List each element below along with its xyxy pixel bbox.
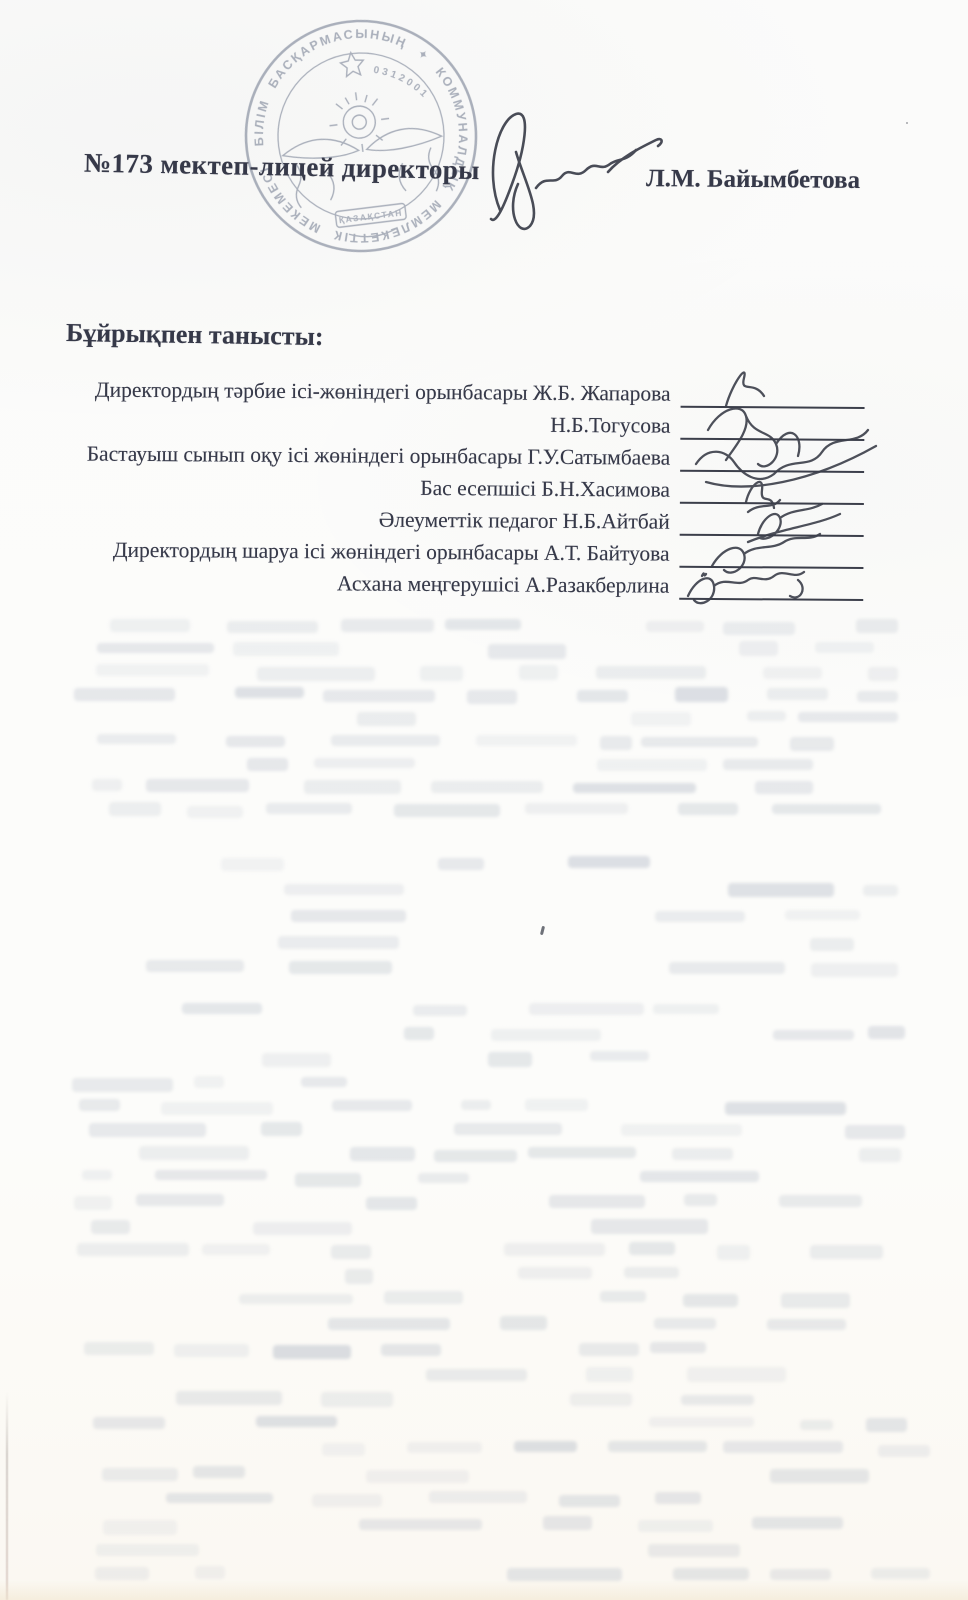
ghost-text-line — [239, 1294, 353, 1304]
ghost-text-line — [773, 1030, 854, 1040]
ghost-text-line — [89, 1123, 206, 1137]
ghost-text-line — [357, 712, 416, 726]
ghost-text-line — [467, 690, 517, 704]
signature-line — [680, 474, 864, 505]
ghost-text-line — [314, 758, 415, 768]
ghost-text-line — [350, 1147, 415, 1161]
ghost-text-line — [675, 687, 728, 702]
bleed-through-text-area — [0, 0, 968, 1600]
ghost-text-line — [312, 1494, 382, 1507]
ghost-text-line — [332, 1100, 412, 1111]
ghost-text-line — [755, 781, 813, 794]
ghost-text-line — [434, 1150, 517, 1162]
ghost-text-line — [648, 1544, 740, 1557]
ghost-text-line — [426, 1369, 527, 1381]
ghost-text-line — [811, 963, 898, 977]
ghost-text-line — [284, 884, 404, 895]
ghost-text-line — [194, 1076, 224, 1088]
director-name: Л.М. Байымбетова — [646, 165, 860, 195]
ghost-text-line — [221, 858, 284, 871]
ghost-text-line — [570, 1393, 632, 1406]
ghost-text-line — [266, 803, 352, 814]
ghost-text-line — [253, 1222, 352, 1235]
ghost-text-line — [322, 1443, 365, 1456]
ghost-text-line — [529, 1003, 644, 1015]
ghost-text-line — [289, 961, 392, 974]
ghost-text-line — [723, 622, 795, 635]
coat-of-arms-emblem: ҚАЗАҚСТАН — [271, 43, 452, 246]
ghost-text-line — [331, 735, 440, 746]
ghost-text-line — [586, 1367, 633, 1382]
ghost-text-line — [859, 1148, 901, 1162]
ghost-text-line — [256, 1416, 337, 1427]
ghost-text-line — [359, 1519, 482, 1530]
ghost-text-line — [262, 1053, 331, 1067]
ghost-text-line — [868, 667, 898, 681]
ghost-text-line — [857, 691, 898, 702]
ghost-text-line — [785, 910, 860, 920]
ghost-text-line — [815, 642, 874, 653]
ghost-text-line — [770, 1469, 869, 1483]
ghost-text-line — [559, 1495, 620, 1507]
ghost-text-line — [856, 619, 898, 633]
staff-role-and-name: Бастауыш сынып оқу ісі жөніндегі орынбас… — [87, 443, 671, 472]
ghost-text-line — [233, 642, 339, 656]
ghost-text-line — [103, 1520, 177, 1535]
ghost-text-line — [202, 1244, 270, 1255]
document-signer-title: №173 мектеп-лицей директоры — [84, 148, 545, 188]
ghost-text-line — [96, 1544, 199, 1556]
ghost-text-line — [655, 911, 745, 922]
staff-role-and-name: Әлеуметтік педагог Н.Б.Айтбай — [379, 509, 670, 536]
ghost-text-line — [641, 737, 758, 747]
ghost-text-line — [549, 1195, 645, 1208]
ghost-text-line — [195, 1566, 225, 1579]
ghost-text-line — [476, 735, 577, 746]
ghost-text-line — [653, 1004, 719, 1014]
ghost-text-line — [878, 1445, 930, 1457]
ghost-text-line — [621, 1124, 742, 1136]
staff-role-and-name: Н.Б.Тогусова — [550, 414, 670, 439]
scan-bottom-tint — [0, 1580, 968, 1600]
stamp-ring-text: БІЛІМ БАСҚАРМАСЫНЫҢ ✦ КОММУНАЛДЫҚ МЕМЛЕК… — [210, 0, 482, 261]
ghost-text-line — [518, 1267, 592, 1279]
ghost-text-line — [93, 1417, 165, 1429]
ghost-text-line — [800, 1420, 833, 1430]
ghost-text-line — [687, 1367, 786, 1382]
stamp-registration-number: 0312001 — [371, 58, 432, 107]
ghost-text-line — [445, 619, 521, 630]
ghost-text-line — [413, 1005, 467, 1016]
ghost-text-line — [257, 667, 375, 681]
ghost-text-line — [717, 1245, 750, 1260]
ghost-text-line — [866, 1418, 907, 1432]
ghost-text-line — [182, 1003, 262, 1014]
ghost-text-line — [528, 1147, 636, 1158]
ghost-text-line — [136, 1194, 224, 1206]
ghost-text-line — [646, 621, 704, 632]
ghost-text-line — [174, 1344, 249, 1357]
ghost-text-line — [146, 779, 249, 792]
ghost-text-line — [72, 1078, 173, 1092]
ghost-text-line — [590, 1051, 649, 1061]
ghost-text-line — [166, 1493, 273, 1503]
ghost-text-line — [597, 759, 707, 771]
ghost-text-line — [684, 1194, 717, 1206]
signature-line — [680, 442, 864, 473]
ghost-text-line — [672, 1148, 733, 1160]
signature-line — [681, 378, 865, 409]
scan-edge-artifact — [6, 1392, 8, 1600]
ghost-text-line — [84, 1342, 154, 1355]
ghost-text-line — [187, 806, 243, 818]
ghost-text-line — [461, 1100, 491, 1110]
ghost-text-line — [261, 1122, 302, 1136]
ink-speck — [540, 926, 545, 935]
ghost-text-line — [366, 1470, 469, 1483]
ghost-text-line — [747, 711, 786, 721]
official-round-stamp: БІЛІМ БАСҚАРМАСЫНЫҢ ✦ КОММУНАЛДЫҚ МЕМЛЕК… — [210, 0, 511, 287]
scanned-document-page: БІЛІМ БАСҚАРМАСЫНЫҢ ✦ КОММУНАЛДЫҚ МЕМЛЕК… — [0, 0, 968, 1600]
signature-line — [680, 410, 864, 441]
ghost-text-line — [431, 781, 543, 793]
ghost-text-line — [767, 688, 828, 700]
ghost-text-line — [519, 665, 558, 680]
ghost-text-line — [304, 780, 401, 794]
signature-line — [679, 538, 863, 569]
ghost-text-line — [404, 1027, 434, 1040]
staff-role-and-name: Бас есепшісі Б.Н.Хасимова — [420, 477, 670, 503]
signature-line — [680, 506, 864, 537]
ink-speck — [906, 122, 908, 124]
ghost-text-line — [600, 1291, 646, 1302]
stamp-outer-ring — [233, 8, 489, 264]
ghost-text-line — [97, 643, 214, 653]
list-item: Директордың тәрбие ісі-жөніндегі орынбас… — [1, 371, 865, 409]
ghost-text-line — [301, 1077, 347, 1087]
ghost-text-line — [161, 1102, 273, 1115]
ghost-text-line — [504, 1243, 605, 1256]
ghost-text-line — [845, 1125, 905, 1139]
ghost-text-line — [438, 858, 484, 870]
ghost-text-line — [723, 1441, 843, 1453]
ghost-text-line — [868, 1026, 905, 1039]
ghost-text-line — [500, 1316, 547, 1330]
ghost-text-line — [146, 960, 244, 972]
signature-line — [679, 570, 863, 601]
ghost-text-line — [418, 1173, 469, 1183]
ghost-text-line — [640, 1171, 759, 1182]
ghost-text-line — [767, 1319, 846, 1330]
ghost-text-line — [420, 666, 463, 681]
ghost-text-line — [725, 1102, 846, 1115]
ghost-text-line — [798, 712, 898, 722]
ghost-text-line — [155, 1170, 267, 1180]
ghost-text-line — [328, 1318, 450, 1330]
ghost-text-line — [366, 1197, 417, 1210]
ghost-text-line — [650, 1342, 706, 1353]
ghost-text-line — [109, 802, 161, 816]
ghost-text-line — [863, 885, 898, 896]
acknowledgement-list: Директордың тәрбие ісі-жөніндегі орынбас… — [0, 371, 865, 601]
staff-role-and-name: Директордың тәрбие ісі-жөніндегі орынбас… — [95, 379, 671, 408]
ghost-text-line — [608, 1441, 707, 1452]
list-item: Директордың шаруа ісі жөніндегі орынбаса… — [0, 531, 864, 569]
ghost-text-line — [321, 1392, 393, 1407]
ghost-text-line — [381, 1344, 441, 1356]
ghost-text-line — [579, 1343, 639, 1356]
list-item: Асхана меңгерушісі А.Разакберлина — [0, 563, 863, 601]
ghost-text-line — [631, 712, 691, 726]
ghost-text-line — [491, 1029, 601, 1041]
ghost-text-line — [102, 1468, 178, 1481]
ghost-text-line — [193, 1466, 245, 1478]
ghost-text-line — [790, 737, 834, 751]
ghost-text-line — [235, 687, 304, 698]
ghost-text-line — [739, 641, 778, 656]
ghost-text-line — [669, 962, 785, 974]
ghost-text-line — [273, 1345, 351, 1359]
ghost-text-line — [763, 667, 822, 679]
ghost-text-line — [91, 1220, 130, 1234]
ghost-text-line — [407, 1442, 482, 1453]
ghost-text-line — [810, 1245, 883, 1259]
ghost-text-line — [92, 779, 122, 791]
ghost-text-line — [673, 1568, 749, 1580]
ghost-text-line — [341, 619, 434, 632]
ghost-text-line — [654, 1318, 716, 1329]
ghost-text-line — [295, 1173, 361, 1187]
ghost-text-line — [810, 938, 854, 951]
ghost-text-line — [681, 1395, 754, 1405]
emblem-country-label: ҚАЗАҚСТАН — [338, 208, 403, 226]
ghost-text-line — [291, 910, 406, 922]
ghost-text-line — [779, 1195, 862, 1207]
ghost-text-line — [454, 1123, 562, 1135]
ghost-text-line — [649, 1417, 754, 1427]
ghost-text-line — [227, 621, 318, 633]
ghost-text-line — [723, 759, 813, 770]
ghost-text-line — [770, 1569, 831, 1580]
ghost-text-line — [110, 619, 190, 632]
ghost-text-line — [323, 690, 435, 702]
stamp-inner-ring — [269, 44, 454, 229]
ghost-text-line — [384, 1291, 463, 1304]
ghost-text-line — [247, 758, 288, 771]
ghost-text-line — [577, 690, 628, 702]
ghost-text-line — [226, 736, 285, 747]
ghost-text-line — [429, 1491, 527, 1503]
ghost-text-line — [568, 856, 650, 868]
ghost-text-line — [77, 1243, 189, 1256]
ghost-text-line — [74, 688, 175, 701]
star-icon — [339, 51, 365, 77]
ghost-text-line — [394, 804, 500, 817]
ghost-text-line — [655, 1492, 701, 1504]
ghost-text-line — [678, 803, 738, 815]
ghost-text-line — [596, 666, 706, 679]
ghost-text-line — [82, 1170, 112, 1180]
ghost-text-line — [638, 1520, 713, 1532]
ghost-text-line — [573, 783, 696, 793]
ghost-text-line — [525, 803, 628, 814]
ghost-text-line — [629, 1242, 675, 1255]
ghost-text-line — [772, 804, 881, 814]
ghost-text-line — [591, 1219, 708, 1234]
staff-role-and-name: Асхана меңгерушісі А.Разакберлина — [337, 573, 670, 600]
ghost-text-line — [752, 1517, 843, 1529]
list-item: Бастауыш сынып оқу ісі жөніндегі орынбас… — [0, 435, 864, 473]
ghost-text-line — [683, 1294, 738, 1307]
ghost-text-line — [97, 734, 176, 744]
ghost-text-line — [525, 1099, 588, 1111]
ghost-text-line — [139, 1146, 249, 1160]
ghost-text-line — [79, 1099, 120, 1111]
ghost-text-line — [345, 1269, 373, 1284]
ghost-text-line — [543, 1516, 592, 1530]
ghost-text-line — [728, 883, 834, 897]
ghost-text-line — [600, 736, 632, 750]
ghost-text-line — [278, 936, 399, 949]
ghost-text-line — [488, 644, 566, 659]
ghost-text-line — [624, 1267, 679, 1278]
staff-role-and-name: Директордың шаруа ісі жөніндегі орынбаса… — [113, 539, 670, 567]
ghost-text-line — [95, 1567, 149, 1580]
ghost-text-line — [96, 664, 209, 676]
ghost-text-line — [514, 1441, 577, 1452]
ghost-text-line — [331, 1245, 371, 1259]
ghost-text-line — [74, 1196, 112, 1210]
ghost-text-line — [176, 1391, 282, 1405]
ghost-text-line — [488, 1052, 532, 1067]
acknowledgement-heading: Бұйрықпен танысты: — [66, 318, 324, 352]
ghost-text-line — [781, 1293, 850, 1308]
ghost-text-line — [871, 1568, 930, 1579]
